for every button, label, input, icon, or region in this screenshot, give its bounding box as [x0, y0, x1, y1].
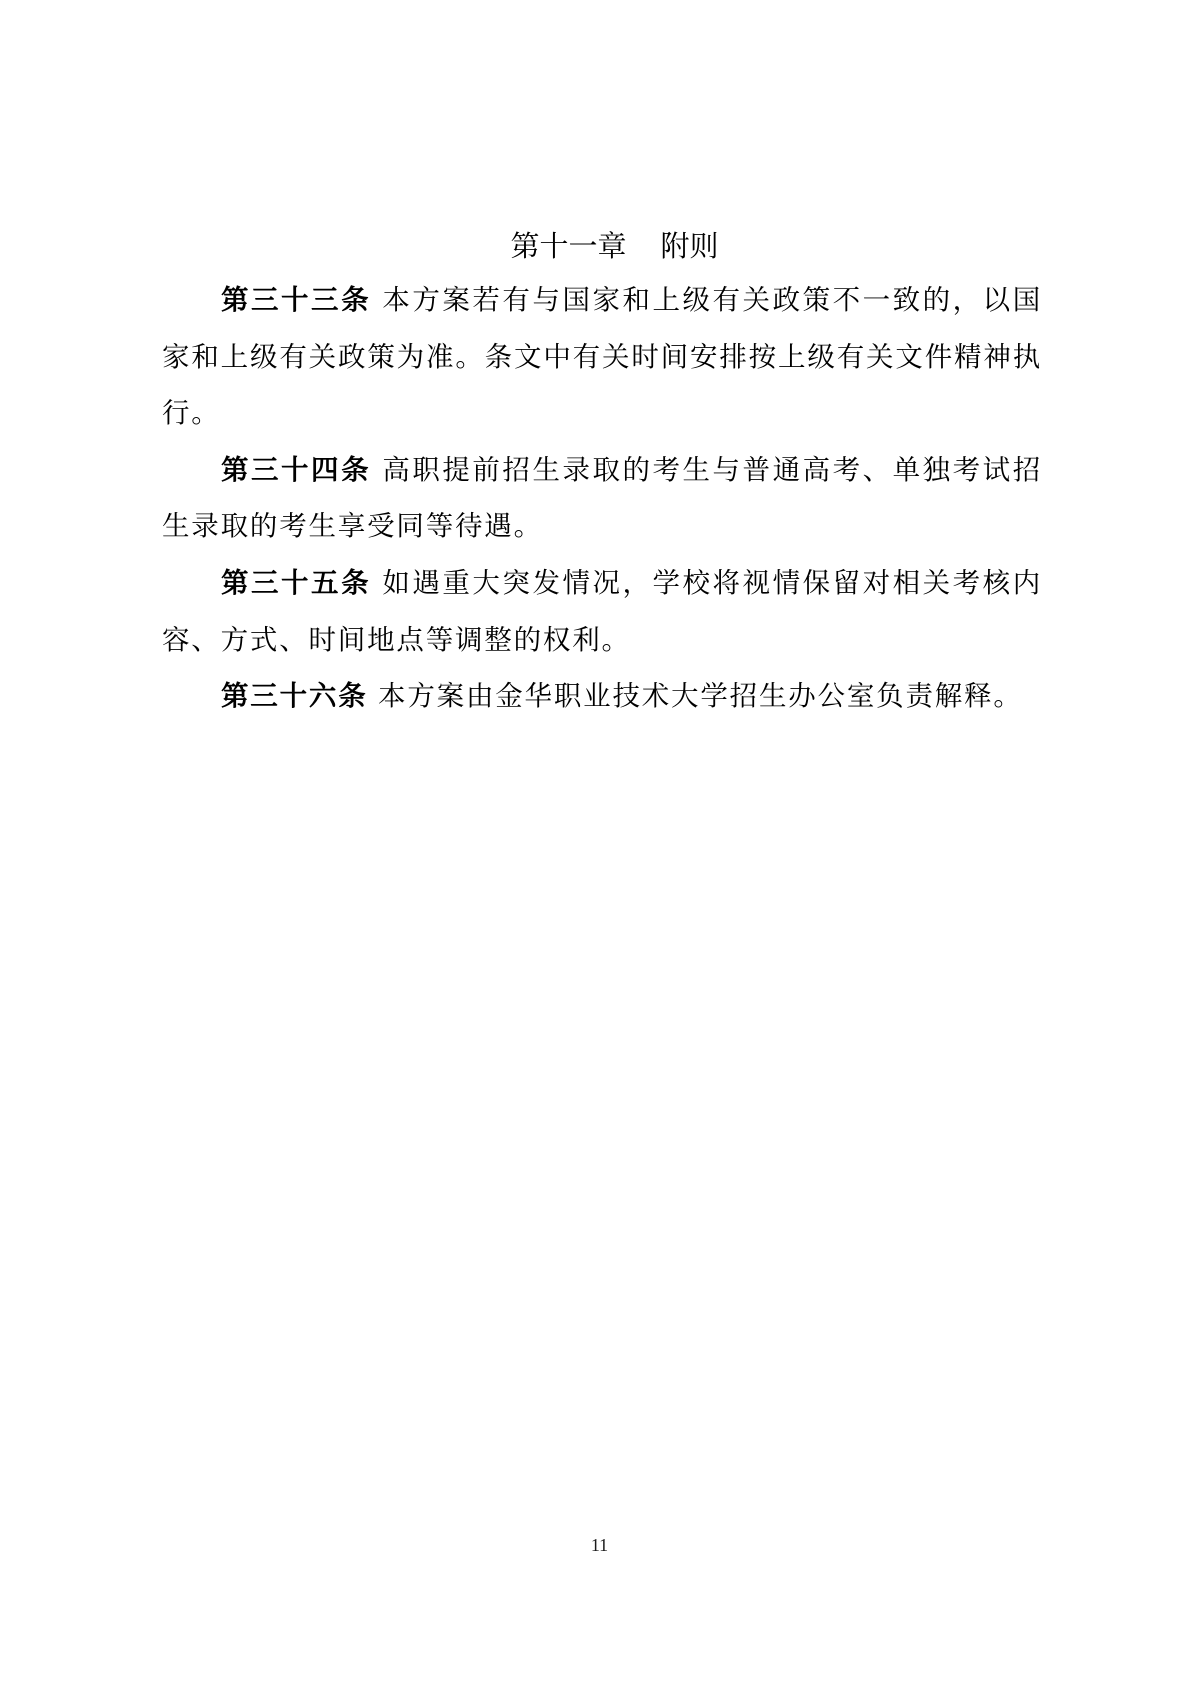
article-text: 本方案由金华职业技术大学招生办公室负责解释。	[378, 680, 1023, 712]
article-label: 第三十六条	[221, 680, 368, 712]
chapter-title: 第十一章	[510, 229, 626, 263]
article-35: 第三十五条 如遇重大突发情况，学校将视情保留对相关考核内容、方式、时间地点等调整…	[162, 555, 1042, 668]
document-body: 第三十三条 本方案若有与国家和上级有关政策不一致的，以国家和上级有关政策为准。条…	[162, 272, 1042, 725]
article-36: 第三十六条 本方案由金华职业技术大学招生办公室负责解释。	[162, 668, 1042, 725]
article-label: 第三十四条	[221, 454, 371, 486]
article-label: 第三十五条	[221, 567, 371, 599]
article-33: 第三十三条 本方案若有与国家和上级有关政策不一致的，以国家和上级有关政策为准。条…	[162, 272, 1042, 442]
chapter-heading: 第十一章附则	[0, 224, 1191, 268]
article-label: 第三十三条	[221, 284, 371, 316]
article-34: 第三十四条 高职提前招生录取的考生与普通高考、单独考试招生录取的考生享受同等待遇…	[162, 442, 1042, 555]
chapter-name: 附则	[661, 229, 719, 263]
document-page: 第十一章附则 第三十三条 本方案若有与国家和上级有关政策不一致的，以国家和上级有…	[0, 0, 1191, 1684]
page-number: 11	[0, 1535, 1191, 1556]
